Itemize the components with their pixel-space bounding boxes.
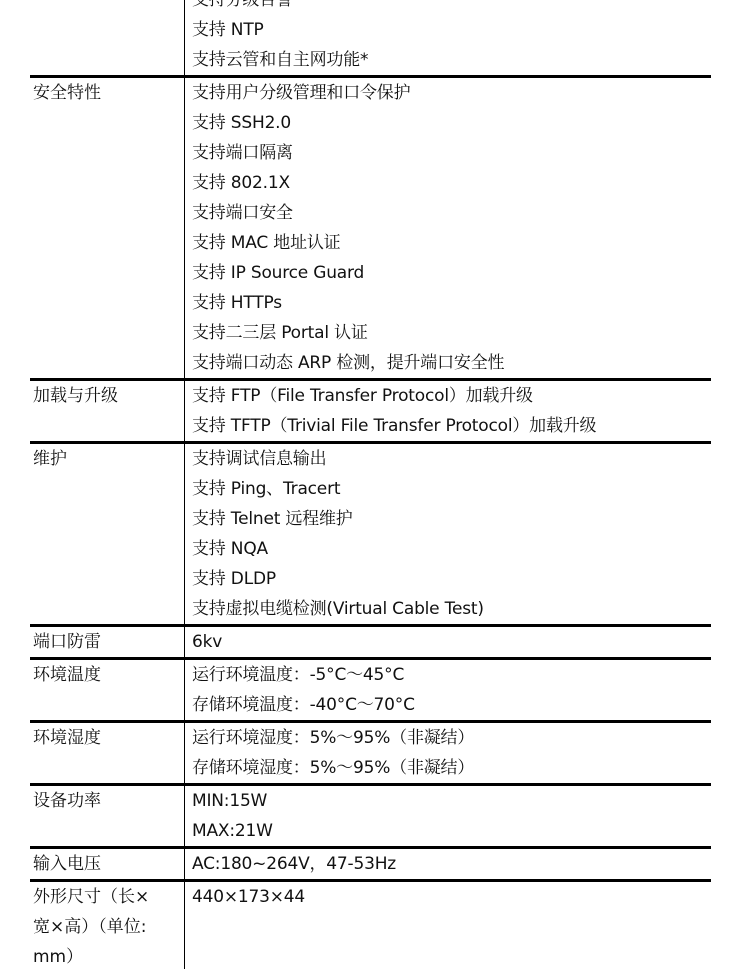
spec-values: AC:180~264V，47-53Hz xyxy=(185,849,711,879)
spec-row-surge-protection: 端口防雷 6kv xyxy=(30,627,711,660)
spec-table: 支持分级告警 支持 NTP 支持云管和自主网功能* 安全特性 支持用户分级管理和… xyxy=(30,0,711,969)
spec-value-line: 支持用户分级管理和口令保护 xyxy=(192,78,711,108)
spec-value-line: 存储环境温度：-40°C～70°C xyxy=(192,690,711,720)
spec-value-line: 支持 MAC 地址认证 xyxy=(192,228,711,258)
spec-value-line: 支持 Telnet 远程维护 xyxy=(192,504,711,534)
spec-row-loading-upgrade: 加载与升级 支持 FTP（File Transfer Protocol）加载升级… xyxy=(30,381,711,444)
spec-value-line: 支持 802.1X xyxy=(192,168,711,198)
spec-label-line: 外形尺寸（长× xyxy=(33,882,180,912)
spec-value-line: 支持 DLDP xyxy=(192,564,711,594)
spec-label: 加载与升级 xyxy=(30,381,185,441)
spec-label: 设备功率 xyxy=(30,786,185,846)
spec-values: 支持调试信息输出 支持 Ping、Tracert 支持 Telnet 远程维护 … xyxy=(185,444,711,624)
spec-label-line: 安全特性 xyxy=(33,78,180,108)
spec-values: 运行环境温度：-5°C～45°C 存储环境温度：-40°C～70°C xyxy=(185,660,711,720)
spec-row-power: 设备功率 MIN:15W MAX:21W xyxy=(30,786,711,849)
spec-row-management-continued: 支持分级告警 支持 NTP 支持云管和自主网功能* xyxy=(30,0,711,78)
spec-value-line: 支持端口动态 ARP 检测，提升端口安全性 xyxy=(192,348,711,378)
spec-value-line: 支持 HTTPs xyxy=(192,288,711,318)
spec-label: 外形尺寸（长× 宽×高）（单位: mm） xyxy=(30,882,185,969)
spec-label: 维护 xyxy=(30,444,185,624)
spec-value-line: 支持端口安全 xyxy=(192,198,711,228)
spec-value-line: 支持二三层 Portal 认证 xyxy=(192,318,711,348)
spec-value-line: 存储环境湿度：5%～95%（非凝结） xyxy=(192,753,711,783)
spec-value-line: 运行环境湿度：5%～95%（非凝结） xyxy=(192,723,711,753)
spec-values: 支持用户分级管理和口令保护 支持 SSH2.0 支持端口隔离 支持 802.1X… xyxy=(185,78,711,378)
spec-value-line: 支持调试信息输出 xyxy=(192,444,711,474)
spec-value-line: 支持 Ping、Tracert xyxy=(192,474,711,504)
spec-value-line: 支持 SSH2.0 xyxy=(192,108,711,138)
spec-label-line: 端口防雷 xyxy=(33,627,180,657)
spec-label-line xyxy=(33,0,180,15)
spec-value-line: MIN:15W xyxy=(192,786,711,816)
spec-label: 安全特性 xyxy=(30,78,185,378)
spec-label-line: 环境温度 xyxy=(33,660,180,690)
spec-value-line: 6kv xyxy=(192,627,711,657)
spec-value-line: 支持云管和自主网功能* xyxy=(192,45,711,75)
spec-value-line: 支持 IP Source Guard xyxy=(192,258,711,288)
spec-values: 支持分级告警 支持 NTP 支持云管和自主网功能* xyxy=(185,0,711,75)
spec-row-dimensions: 外形尺寸（长× 宽×高）（单位: mm） 440×173×44 xyxy=(30,882,711,969)
spec-value-line: 支持 TFTP（Trivial File Transfer Protocol）加… xyxy=(192,411,711,441)
spec-values: MIN:15W MAX:21W xyxy=(185,786,711,846)
spec-value-line: 支持 NQA xyxy=(192,534,711,564)
spec-label-line: 维护 xyxy=(33,444,180,474)
spec-label xyxy=(30,0,185,75)
spec-row-security: 安全特性 支持用户分级管理和口令保护 支持 SSH2.0 支持端口隔离 支持 8… xyxy=(30,78,711,381)
spec-value-line: 支持 FTP（File Transfer Protocol）加载升级 xyxy=(192,381,711,411)
spec-row-humidity: 环境湿度 运行环境湿度：5%～95%（非凝结） 存储环境湿度：5%～95%（非凝… xyxy=(30,723,711,786)
spec-value-line: 支持分级告警 xyxy=(192,0,711,15)
spec-values: 440×173×44 xyxy=(185,882,711,969)
spec-values: 6kv xyxy=(185,627,711,657)
spec-row-input-voltage: 输入电压 AC:180~264V，47-53Hz xyxy=(30,849,711,882)
spec-value-line: 支持 NTP xyxy=(192,15,711,45)
spec-label-line: 环境湿度 xyxy=(33,723,180,753)
spec-value-line: 支持虚拟电缆检测(Virtual Cable Test) xyxy=(192,594,711,624)
spec-label-line: 宽×高）（单位: xyxy=(33,912,180,942)
spec-value-line: AC:180~264V，47-53Hz xyxy=(192,849,711,879)
spec-label-line: 加载与升级 xyxy=(33,381,180,411)
spec-label: 端口防雷 xyxy=(30,627,185,657)
spec-values: 运行环境湿度：5%～95%（非凝结） 存储环境湿度：5%～95%（非凝结） xyxy=(185,723,711,783)
spec-row-maintenance: 维护 支持调试信息输出 支持 Ping、Tracert 支持 Telnet 远程… xyxy=(30,444,711,627)
spec-label-line: 设备功率 xyxy=(33,786,180,816)
spec-row-temperature: 环境温度 运行环境温度：-5°C～45°C 存储环境温度：-40°C～70°C xyxy=(30,660,711,723)
spec-value-line: 支持端口隔离 xyxy=(192,138,711,168)
spec-values: 支持 FTP（File Transfer Protocol）加载升级 支持 TF… xyxy=(185,381,711,441)
spec-value-line: MAX:21W xyxy=(192,816,711,846)
spec-label-line: 输入电压 xyxy=(33,849,180,879)
spec-label-line: mm） xyxy=(33,942,180,969)
spec-value-line: 运行环境温度：-5°C～45°C xyxy=(192,660,711,690)
spec-label: 环境湿度 xyxy=(30,723,185,783)
spec-label: 输入电压 xyxy=(30,849,185,879)
spec-label: 环境温度 xyxy=(30,660,185,720)
spec-value-line: 440×173×44 xyxy=(192,882,711,912)
